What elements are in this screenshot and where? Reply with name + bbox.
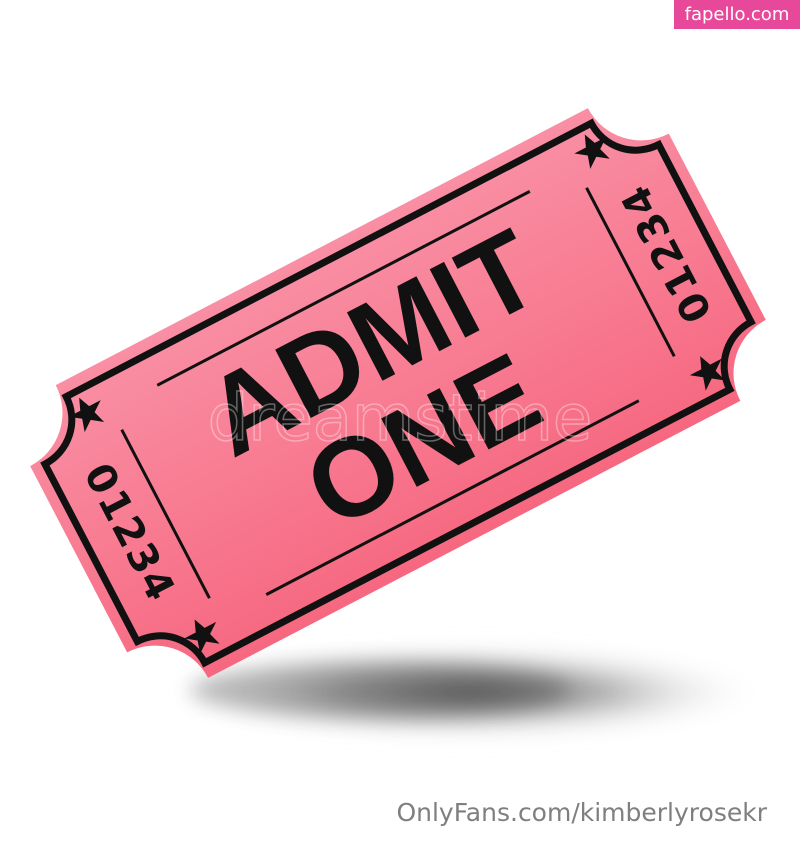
ticket-illustration: 01234 01234 ADMIT ONE dreamstime: [0, 0, 800, 842]
footer-credit: OnlyFans.com/kimberlyrosekr: [0, 796, 800, 830]
stock-watermark: dreamstime: [208, 382, 592, 456]
ticket-shadow: [170, 644, 770, 740]
site-badge: fapello.com: [674, 0, 800, 29]
